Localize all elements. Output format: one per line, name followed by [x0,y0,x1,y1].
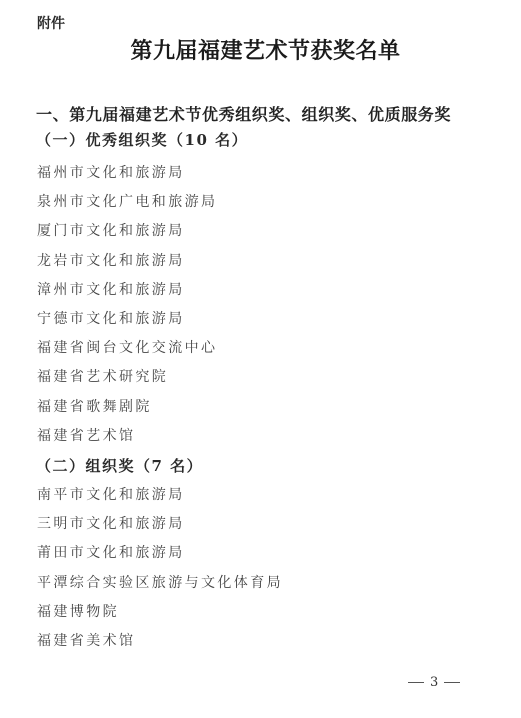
dash-left [408,682,424,683]
list-item: 龙岩市文化和旅游局 [37,250,217,279]
list-item: 福建省艺术研究院 [37,366,217,395]
list-item: 福州市文化和旅游局 [37,162,217,191]
organization-award-list: 南平市文化和旅游局 三明市文化和旅游局 莆田市文化和旅游局 平潭综合实验区旅游与… [37,484,283,659]
page-number: 3 [430,675,438,690]
list-item: 漳州市文化和旅游局 [37,279,217,308]
page-number-footer: 3 [402,674,466,692]
subsection-heading-organization: （二）组织奖（7 名） [36,455,203,477]
list-item: 福建省歌舞剧院 [37,396,217,425]
document-page: 附件 第九届福建艺术节获奖名单 一、第九届福建艺术节优秀组织奖、组织奖、优质服务… [0,0,521,718]
list-item: 泉州市文化广电和旅游局 [37,191,217,220]
list-item: 福建省艺术馆 [37,425,217,454]
list-item: 莆田市文化和旅游局 [37,542,283,571]
attachment-label: 附件 [37,15,65,33]
subsection-heading-excellent-organization: （一）优秀组织奖（10 名） [36,129,248,151]
list-item: 福建省闽台文化交流中心 [37,337,217,366]
dash-right [444,682,460,683]
list-item: 厦门市文化和旅游局 [37,220,217,249]
list-item: 三明市文化和旅游局 [37,513,283,542]
document-title: 第九届福建艺术节获奖名单 [0,36,521,66]
list-item: 宁德市文化和旅游局 [37,308,217,337]
list-item: 南平市文化和旅游局 [37,484,283,513]
list-item: 福建省美术馆 [37,630,283,659]
section-heading: 一、第九届福建艺术节优秀组织奖、组织奖、优质服务奖 [36,104,451,126]
excellent-organization-award-list: 福州市文化和旅游局 泉州市文化广电和旅游局 厦门市文化和旅游局 龙岩市文化和旅游… [37,162,217,454]
list-item: 福建博物院 [37,601,283,630]
list-item: 平潭综合实验区旅游与文化体育局 [37,572,283,601]
